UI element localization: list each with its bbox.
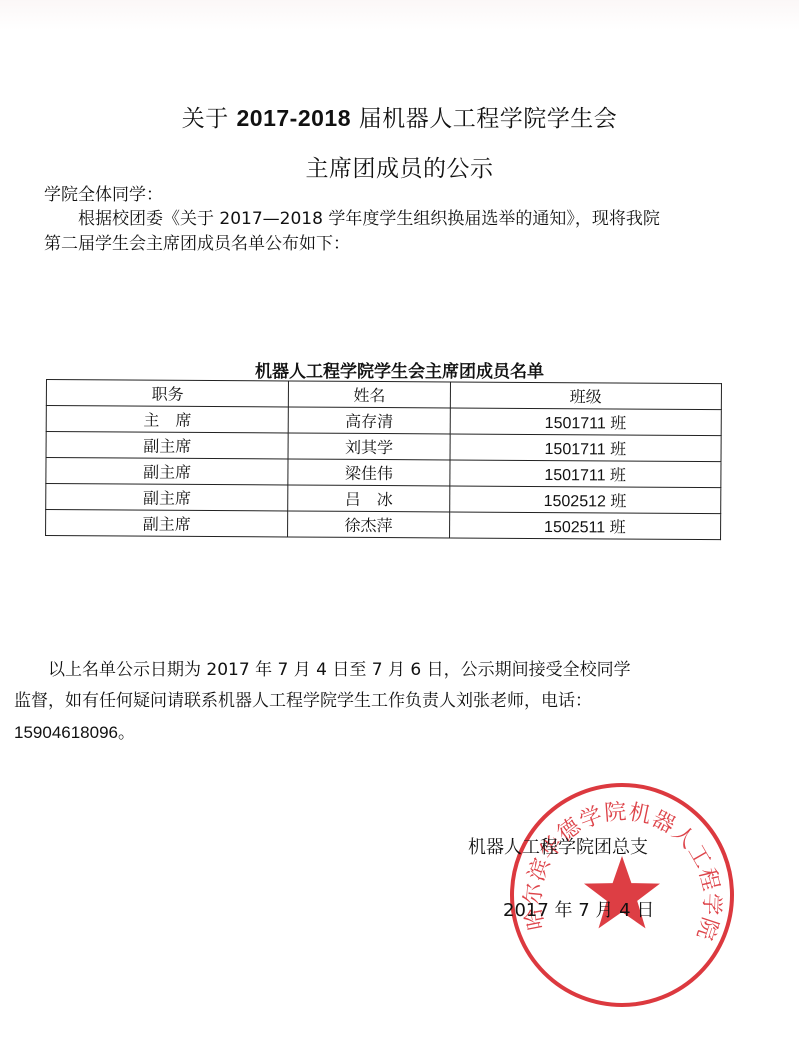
table-caption: 机器人工程学院学生会主席团成员名单 bbox=[0, 357, 799, 382]
header-position: 职务 bbox=[46, 380, 289, 407]
cell-class: 1501711 班 bbox=[450, 408, 722, 436]
notice-line-1: 以上名单公示日期为 2017 年 7 月 4 日至 7 月 6 日，公示期间接受… bbox=[14, 655, 784, 686]
document-title-line1: 关于 2017-2018 届机器人工程学院学生会 bbox=[0, 100, 799, 133]
table-row: 副主席 徐杰萍 1502511 班 bbox=[46, 510, 721, 540]
document-page: 关于 2017-2018 届机器人工程学院学生会 主席团成员的公示 学院全体同学… bbox=[0, 0, 799, 1049]
sign-date: 2017 年 7 月 4 日 bbox=[503, 896, 654, 922]
cell-name: 刘其学 bbox=[288, 433, 449, 460]
notice-line-2: 监督，如有任何疑问请联系机器人工程学院学生工作负责人刘张老师，电话： bbox=[14, 686, 784, 717]
cell-name: 梁佳伟 bbox=[288, 459, 449, 486]
table-row: 副主席 刘其学 1501711 班 bbox=[46, 432, 721, 462]
body-line-2: 第二届学生会主席团成员名单公布如下： bbox=[44, 232, 764, 257]
notice-line-3: 15904618096。 bbox=[14, 717, 784, 749]
cell-position: 主 席 bbox=[46, 406, 289, 433]
body-line-1: 根据校团委《关于 2017—2018 学年度学生组织换届选举的通知》，现将我院 bbox=[44, 207, 764, 232]
title-years: 2017-2018 bbox=[237, 105, 352, 131]
cell-class: 1502511 班 bbox=[449, 512, 721, 540]
cell-name: 吕 冰 bbox=[288, 485, 449, 512]
header-name: 姓名 bbox=[289, 381, 450, 408]
body-paragraph: 根据校团委《关于 2017—2018 学年度学生组织换届选举的通知》，现将我院 … bbox=[44, 207, 764, 257]
cell-position: 副主席 bbox=[46, 432, 289, 459]
cell-class: 1501711 班 bbox=[449, 460, 721, 488]
cell-class: 1502512 班 bbox=[449, 486, 721, 514]
cell-name: 徐杰萍 bbox=[288, 511, 449, 538]
table-row: 副主席 吕 冰 1502512 班 bbox=[46, 484, 721, 514]
title-prefix: 关于 bbox=[182, 106, 237, 132]
header-class: 班级 bbox=[450, 382, 722, 410]
cell-name: 高存清 bbox=[289, 407, 450, 434]
cell-position: 副主席 bbox=[46, 510, 289, 537]
cell-position: 副主席 bbox=[46, 484, 289, 511]
document-title-line2: 主席团成员的公示 bbox=[0, 150, 799, 183]
cell-position: 副主席 bbox=[46, 458, 289, 485]
notice-paragraph: 以上名单公示日期为 2017 年 7 月 4 日至 7 月 6 日，公示期间接受… bbox=[14, 655, 784, 749]
cell-class: 1501711 班 bbox=[450, 434, 722, 462]
contact-phone: 15904618096 bbox=[14, 723, 118, 742]
notice-end-punct: 。 bbox=[118, 723, 135, 743]
table-row: 副主席 梁佳伟 1501711 班 bbox=[46, 458, 721, 488]
table-header-row: 职务 姓名 班级 bbox=[46, 380, 721, 410]
signer-organization: 机器人工程学院团总支 bbox=[468, 833, 648, 859]
table-row: 主 席 高存清 1501711 班 bbox=[46, 406, 721, 436]
title-suffix: 届机器人工程学院学生会 bbox=[351, 106, 617, 132]
salutation: 学院全体同学： bbox=[44, 183, 163, 208]
member-table: 职务 姓名 班级 主 席 高存清 1501711 班 副主席 刘其学 15017… bbox=[45, 379, 722, 540]
